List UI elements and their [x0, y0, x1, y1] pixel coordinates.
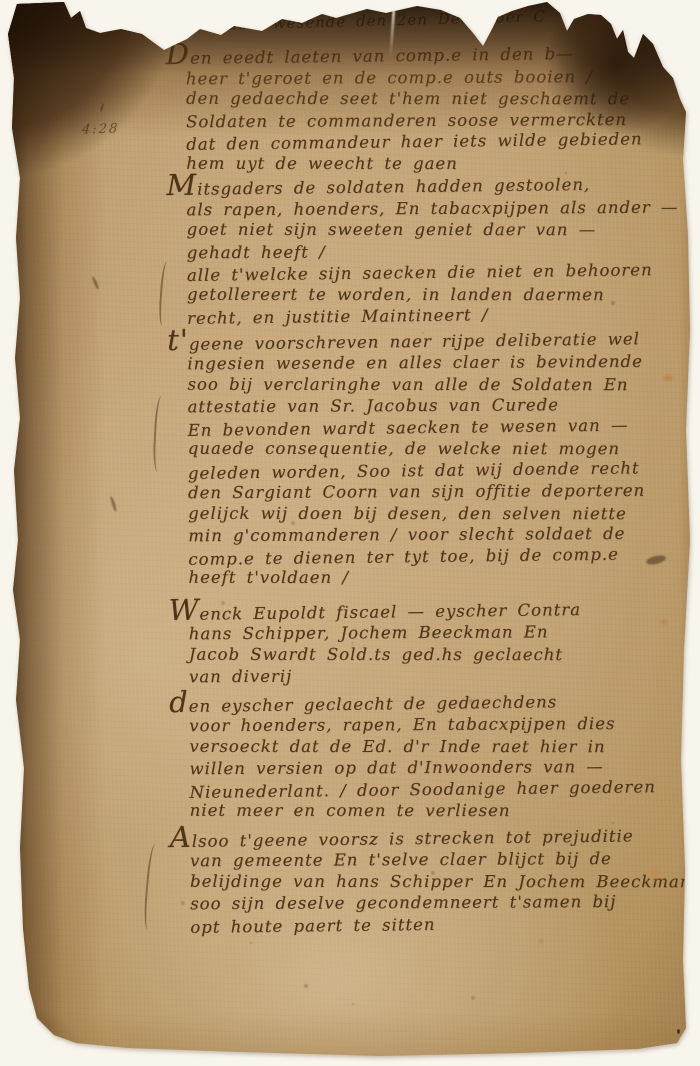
- paper-crack: [389, 0, 396, 58]
- text-line: geleden worden, Soo ist dat wij doende r…: [188, 457, 666, 484]
- margin-ink-mark: [100, 103, 107, 112]
- paragraph: Den eeedt laeten van comp.e in den b—hee…: [186, 44, 665, 176]
- text-line: willen versien op dat d'Inwoonders van —: [189, 756, 667, 780]
- pen-flourish: [158, 262, 172, 327]
- pen-flourish: [152, 396, 168, 473]
- text-line: Wenck Eupoldt fiscael — eyscher Contra: [169, 598, 667, 626]
- text-line: soo bij verclaringhe van alle de Soldate…: [187, 373, 665, 395]
- text-line: niet meer en comen te verliesen: [190, 800, 668, 822]
- text-line: gehadt heeft /: [187, 239, 665, 263]
- text-line: belijdinge van hans Schipper En Jochem B…: [190, 870, 668, 892]
- text-line: soo sijn deselve gecondemneert t'samen b…: [190, 891, 668, 915]
- text-line: Mitsgaders de soldaten hadden gestoolen,: [166, 173, 664, 201]
- pen-flourish: [142, 844, 161, 931]
- text-line: van gemeente En t'selve claer blijct bij…: [190, 848, 668, 872]
- text-line: t'geene voorschreven naer rijpe delibera…: [167, 328, 665, 356]
- text-line: den eyscher geclaecht de gedaechdens: [169, 690, 667, 718]
- paragraph: den eyscher geclaecht de gedaechdensvoor…: [189, 691, 668, 823]
- text-line: dat den commandeur haer iets wilde gebie…: [186, 128, 664, 155]
- text-line: Den eeedt laeten van comp.e in den b—: [166, 42, 664, 70]
- ink-smudge: [110, 496, 118, 512]
- text-line: ingesien wesende en alles claer is bevin…: [187, 351, 665, 375]
- text-line: Soldaten te commanderen soose vermerckte…: [186, 108, 664, 132]
- text-line: comp.e te dienen ter tyt toe, bij de com…: [188, 543, 666, 570]
- ink-dot: [677, 1029, 680, 1034]
- margin-note: 4:28: [81, 121, 119, 137]
- text-line: heer t'geroet en de comp.e outs booien /: [186, 65, 664, 89]
- text-line: min g'commanderen / voor slecht soldaet …: [188, 523, 666, 547]
- text-line: heeft t'voldaen /: [188, 567, 666, 589]
- paragraph: Wenck Eupoldt fiscael — eyscher Contraha…: [189, 599, 667, 688]
- text-line: alle t'welcke sijn saecken die niet en b…: [187, 259, 665, 286]
- paragraph: Alsoo t'geene voorsz is strecken tot pre…: [190, 826, 669, 936]
- text-line: als rapen, hoenders, En tabacxpijpen als…: [186, 196, 664, 220]
- text-line: voor hoenders, rapen, En tabacxpijpen di…: [189, 713, 667, 737]
- text-line: goet niet sijn sweeten geniet daer van —: [187, 219, 665, 241]
- paragraph: Mitsgaders de soldaten hadden gestoolen,…: [186, 175, 665, 328]
- text-line: van diverij: [189, 664, 667, 688]
- text-line: recht, en justitie Maintineert /: [187, 302, 665, 329]
- paragraph: t'geene voorschreven naer rijpe delibera…: [187, 329, 666, 589]
- text-line: den Sargiant Coorn van sijn offitie depo…: [188, 480, 666, 504]
- paper-speckles: [0, 0, 2, 2]
- scan-background: aert wesende den 2en December C 4:28 Den…: [0, 0, 700, 1066]
- text-line: hem uyt de weecht te gaen: [186, 152, 664, 174]
- text-line: hans Schipper, Jochem Beeckman En: [189, 621, 667, 645]
- text-line: Jacob Swardt Sold.ts ged.hs geclaecht: [189, 643, 667, 665]
- manuscript-text-layer: aert wesende den 2en December C 4:28 Den…: [0, 0, 700, 1066]
- ink-smudge: [645, 554, 666, 567]
- text-line: versoeckt dat de Ed. d'r Inde raet hier …: [189, 735, 667, 757]
- header-line: aert wesende den 2en December C: [228, 4, 658, 33]
- manuscript-text: Den eeedt laeten van comp.e in den b—hee…: [186, 44, 669, 936]
- text-line: Alsoo t'geene voorsz is strecken tot pre…: [170, 825, 668, 853]
- text-line: getollereert te worden, in landen daerme…: [187, 283, 665, 305]
- manuscript-page: aert wesende den 2en December C 4:28 Den…: [0, 0, 700, 1066]
- text-line: quaede consequentie, de welcke niet moge…: [188, 438, 666, 460]
- paper-shadow: aert wesende den 2en December C 4:28 Den…: [0, 0, 700, 1066]
- text-line: En bevonden wardt saecken te wesen van —: [188, 414, 666, 441]
- text-line: opt houte paert te sitten: [190, 911, 668, 938]
- text-line: attestatie van Sr. Jacobus van Curede: [188, 394, 666, 418]
- text-line: gelijck wij doen bij desen, den selven n…: [188, 502, 666, 524]
- text-line: den gedaechde seet t'hem niet geschaemt …: [186, 88, 664, 110]
- text-line: Nieunederlant. / door Soodanige haer goe…: [189, 776, 667, 803]
- ink-smudge: [91, 276, 99, 290]
